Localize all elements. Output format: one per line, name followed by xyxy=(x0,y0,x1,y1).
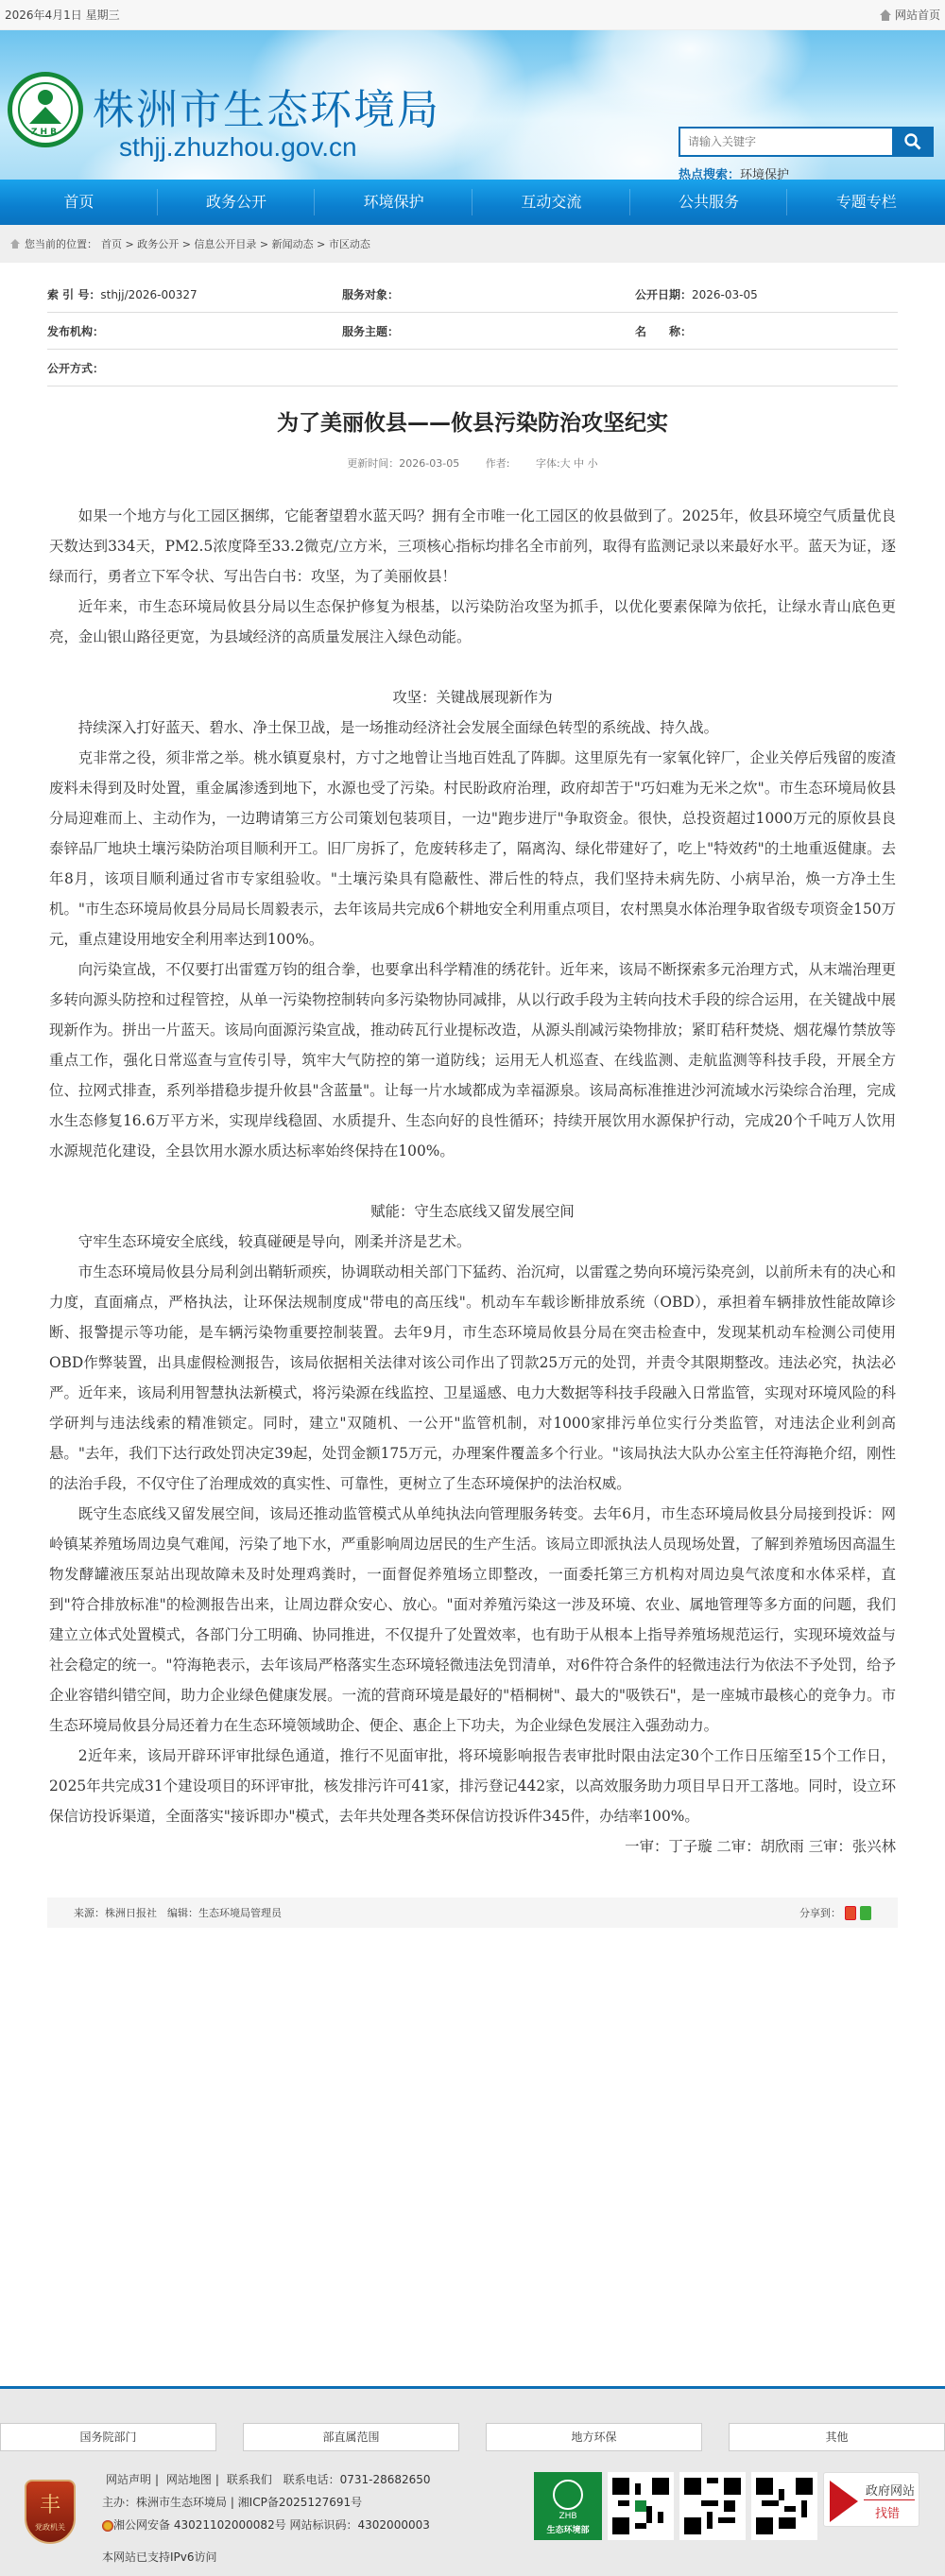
nav-home[interactable]: 首页 xyxy=(0,180,158,225)
contact-phone: 联系电话：0731-28682650 xyxy=(283,2473,431,2486)
footer-icons: ZHB 生态环境部 政府网站 找错 xyxy=(534,2472,919,2540)
contact-link[interactable]: 联系我们 xyxy=(227,2473,272,2486)
link-local-env[interactable]: 地方环保 xyxy=(486,2423,702,2451)
search-button[interactable] xyxy=(892,127,934,157)
meta-table: 索 引 号：sthjj/2026-00327 服务对象： 公开日期：2026-0… xyxy=(47,276,898,386)
qr-code-icon xyxy=(608,2472,674,2540)
ipv6-notice: 本网站已支持IPv6访问 xyxy=(102,2546,435,2568)
paragraph: 近年来，市生态环境局攸县分局以生态保护修复为根基，以污染防治攻坚为抓手，以优化要… xyxy=(49,592,896,652)
footer-text: 网站声明| 网站地图| 联系我们 联系电话：0731-28682650 主办：株… xyxy=(102,2468,435,2568)
paragraph: 如果一个地方与化工园区捆绑，它能奢望碧水蓝天吗？拥有全市唯一化工园区的攸县做到了… xyxy=(49,501,896,592)
site-url: sthjj.zhuzhou.gov.cn xyxy=(119,132,357,163)
qr-code-icon xyxy=(679,2472,746,2540)
nav-special-topics[interactable]: 专题专栏 xyxy=(787,180,945,225)
party-gov-badge[interactable]: 丰 党政机关 xyxy=(25,2480,76,2544)
nav-gov-affairs[interactable]: 政务公开 xyxy=(158,180,316,225)
qr-code-icon xyxy=(751,2472,817,2540)
article-body: 如果一个地方与化工园区捆绑，它能奢望碧水蓝天吗？拥有全市唯一化工园区的攸县做到了… xyxy=(49,501,896,1862)
home-link[interactable]: 网站首页 xyxy=(879,7,940,23)
update-time: 更新时间：2026-03-05 xyxy=(347,457,459,470)
paragraph: 2近年来，该局开辟环评审批绿色通道，推行不见面审批，将环境影响报告表审批时限由法… xyxy=(49,1741,896,1831)
paragraph: 守牢生态环境安全底线，较真碰硬是导向，刚柔并济是艺术。 xyxy=(49,1227,896,1257)
font-size-switch[interactable]: 字体:大 中 小 xyxy=(536,457,598,470)
section-heading: 攻坚：关键战展现新作为 xyxy=(49,682,896,713)
location-icon xyxy=(9,238,21,249)
article-title: 为了美丽攸县——攸县污染防治攻坚纪实 xyxy=(0,405,945,437)
link-ministry-affiliates[interactable]: 部直属范围 xyxy=(243,2423,459,2451)
link-state-council[interactable]: 国务院部门 xyxy=(0,2423,216,2451)
hot-search-term[interactable]: 环境保护 xyxy=(740,168,789,180)
source-info: 来源：株洲日报社 编辑：生态环境局管理员 xyxy=(74,1905,282,1920)
share: 分享到： xyxy=(799,1905,871,1920)
author: 作者: xyxy=(486,457,510,470)
nav-public-service[interactable]: 公共服务 xyxy=(630,180,788,225)
source-bar: 来源：株洲日报社 编辑：生态环境局管理员 分享到： xyxy=(47,1898,898,1928)
nav-env-protection[interactable]: 环境保护 xyxy=(315,180,472,225)
section-heading: 赋能：守生态底线又留发展空间 xyxy=(49,1196,896,1227)
site-statement-link[interactable]: 网站声明 xyxy=(106,2473,151,2486)
mee-logo[interactable]: ZHB 生态环境部 xyxy=(534,2472,602,2540)
header-banner: ZHB 株洲市生态环境局 sthjj.zhuzhou.gov.cn 热点搜索：环… xyxy=(0,30,945,180)
breadcrumb: 您当前的位置： 首页 > 政务公开 > 信息公开目录 > 新闻动态 > 市区动态 xyxy=(0,225,945,263)
publish-date: 2026-03-05 xyxy=(692,288,758,301)
police-record[interactable]: 湘公网安备 43021102000082号 网站标识码：4302000003 xyxy=(113,2518,430,2532)
top-bar: 2026年4月1日 星期三 网站首页 xyxy=(0,0,945,30)
index-number: sthjj/2026-00327 xyxy=(100,288,197,301)
home-icon xyxy=(879,9,892,22)
paragraph: 既守生态底线又留发展空间，该局还推动监管模式从单纯执法向管理服务转变。去年6月，… xyxy=(49,1499,896,1741)
site-logo[interactable]: ZHB xyxy=(8,72,83,147)
site-title: 株洲市生态环境局 xyxy=(93,76,440,136)
reviewers: 一审：丁子璇 二审：胡欣雨 三审：张兴林 xyxy=(49,1831,896,1862)
search-input[interactable] xyxy=(679,127,892,157)
search-icon xyxy=(903,132,922,151)
police-badge-icon xyxy=(102,2520,113,2532)
footer-links: 国务院部门 部直属范围 地方环保 其他 xyxy=(0,2423,945,2451)
article-info: 更新时间：2026-03-05 作者: 字体:大 中 小 xyxy=(0,455,945,471)
paragraph: 持续深入打好蓝天、碧水、净土保卫战，是一场推动经济社会发展全面绿色转型的系统战、… xyxy=(49,713,896,743)
footer: 国务院部门 部直属范围 地方环保 其他 丰 党政机关 网站声明| 网站地图| 联… xyxy=(0,2386,945,2576)
main-nav: 首页 政务公开 环境保护 互动交流 公共服务 专题专栏 xyxy=(0,180,945,225)
paragraph: 克非常之役，须非常之举。桃水镇夏泉村，方寸之地曾让当地百姓乱了阵脚。这里原先有一… xyxy=(49,743,896,954)
current-date: 2026年4月1日 星期三 xyxy=(5,7,120,23)
search-box xyxy=(679,127,934,157)
link-other[interactable]: 其他 xyxy=(729,2423,945,2451)
wechat-icon[interactable] xyxy=(860,1906,871,1920)
paragraph: 向污染宣战，不仅要打出雷霆万钧的组合拳，也要拿出科学精准的绣花针。近年来，该局不… xyxy=(49,954,896,1166)
hot-search: 热点搜索：环境保护 xyxy=(679,164,789,180)
sponsor-icp: 主办：株洲市生态环境局 | 湘ICP备2025127691号 xyxy=(102,2491,435,2514)
breadcrumb-path[interactable]: 首页 > 政务公开 > 信息公开目录 > 新闻动态 > 市区动态 xyxy=(101,236,370,251)
weibo-icon[interactable] xyxy=(845,1906,856,1920)
paragraph: 市生态环境局攸县分局利剑出鞘斩顽疾，协调联动相关部门下猛药、治沉疴，以雷霆之势向… xyxy=(49,1257,896,1499)
nav-interaction[interactable]: 互动交流 xyxy=(472,180,630,225)
site-map-link[interactable]: 网站地图 xyxy=(166,2473,212,2486)
gov-site-error-report[interactable]: 政府网站 找错 xyxy=(823,2472,919,2527)
